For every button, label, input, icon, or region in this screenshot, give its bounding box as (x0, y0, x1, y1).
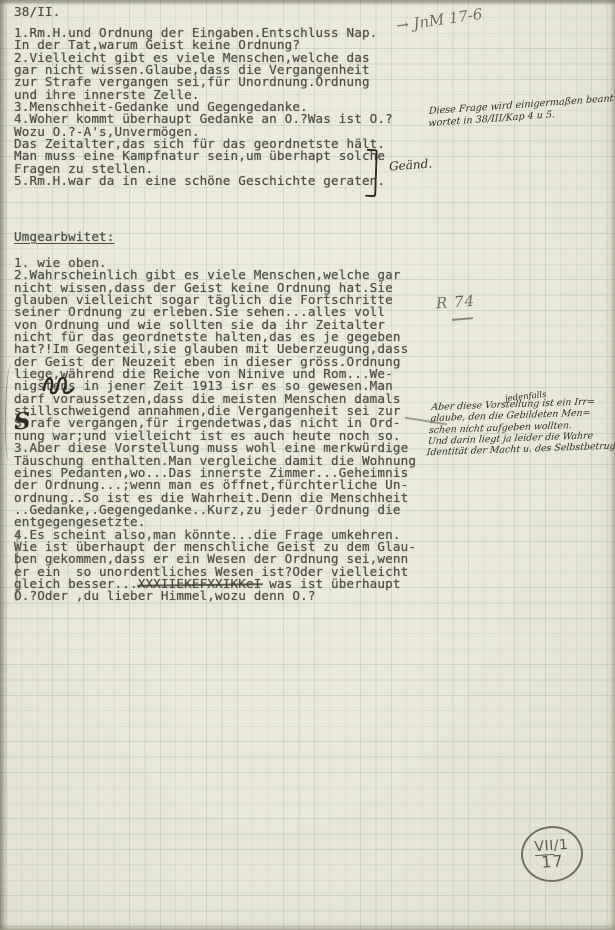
top-right-reference-note: → JnM 17-6 (395, 5, 484, 35)
stamp-line-2: 17 (541, 852, 564, 871)
rework-paragraphs: 1. wie oben. 2.Wahrscheinlich gibt es vi… (14, 257, 416, 603)
r74-underline-mark (452, 317, 473, 320)
r74-pencil-note: R 74 (435, 292, 475, 313)
geaend-annotation: Geänd. (389, 157, 433, 174)
answer-reference-note: Diese Frage wird einigermaßen beant= wor… (428, 93, 615, 130)
margin-bracket (365, 149, 378, 197)
scribble-icon (42, 373, 84, 399)
page-number-label: 38/II. (14, 6, 60, 18)
archive-stamp: VII/1 17 (519, 824, 585, 884)
handwritten-s-correction: S (13, 407, 31, 435)
rework-heading: Umgearbwitet: (14, 231, 115, 243)
draft-paragraphs: 1.Rm.H.und Ordnung der Eingaben.Entschlu… (14, 27, 393, 187)
side-margin-note: Aber diese Vorstellung ist ein Irr= glau… (426, 395, 615, 458)
manuscript-page: 38/II. 1.Rm.H.und Ordnung der Eingaben.E… (0, 0, 615, 930)
